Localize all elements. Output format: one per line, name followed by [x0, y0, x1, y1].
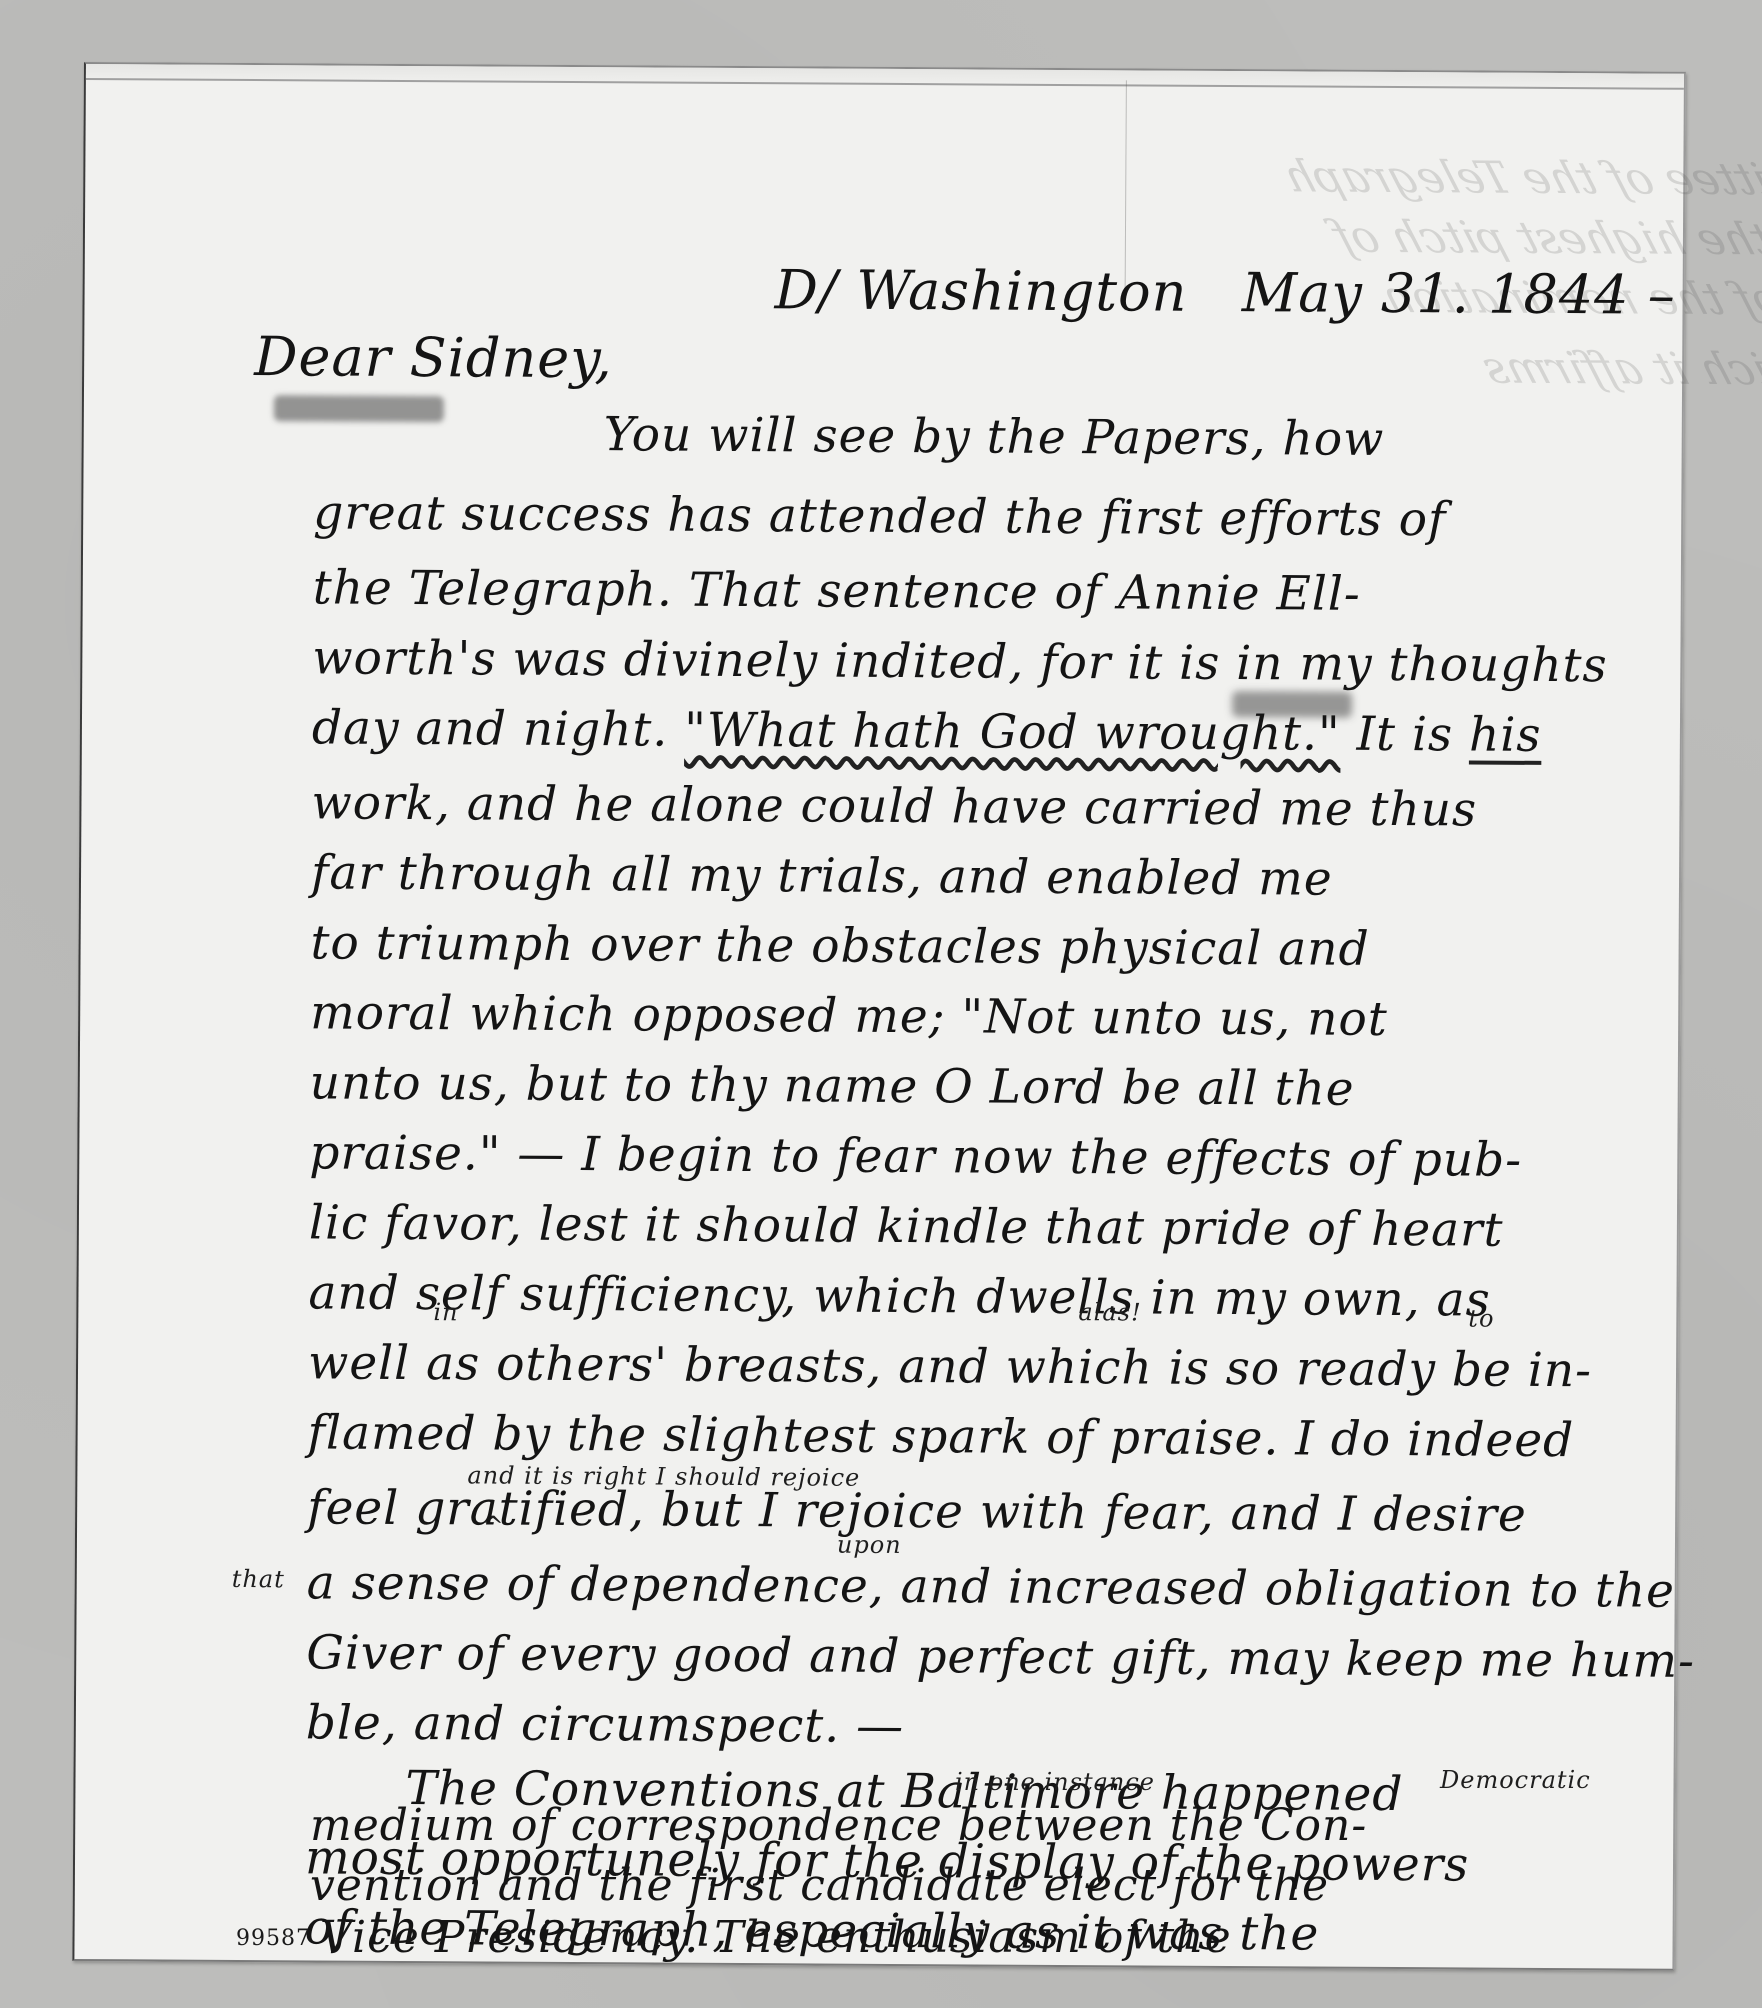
letter-page: present before the committee of the Tele…: [72, 62, 1686, 1971]
letter-line: day and night. "What hath God wrought." …: [312, 700, 1542, 763]
letter-line: far through all my trials, and enabled m…: [311, 845, 1333, 906]
letter-line: vention and the first candidate elect fo…: [310, 1860, 1329, 1911]
letter-line: work, and he alone could have carried me…: [311, 775, 1477, 837]
archive-stamp-number: 99587: [236, 1926, 311, 1951]
emphasis-his: his: [1469, 707, 1542, 762]
letter-line: medium of correspondence between the Con…: [310, 1800, 1367, 1851]
letter-line: ble, and circumspect. —: [306, 1695, 905, 1754]
letter-line: great success has attended the first eff…: [313, 485, 1446, 547]
letter-line: feel gratified, but I rejoice with fear,…: [307, 1480, 1527, 1542]
insertion-that: that: [232, 1565, 285, 1593]
letter-line: flamed by the slightest spark of praise.…: [307, 1405, 1574, 1468]
letter-line: to triumph over the obstacles physical a…: [310, 915, 1369, 976]
insertion-in-one-instance: in one instance: [955, 1768, 1155, 1796]
quotation-what-hath-god-wrought: "What hath God wrought.": [684, 703, 1341, 762]
insertion-in: in: [433, 1298, 458, 1326]
letter-line: moral which opposed me; "Not unto us, no…: [310, 985, 1388, 1047]
insertion-upon: upon: [837, 1531, 902, 1559]
dateline: D/ Washington May 31. 1844 –: [774, 258, 1675, 327]
letter-line: praise." — I begin to fear now the effec…: [309, 1125, 1522, 1187]
dateline-prefix: D/: [774, 258, 838, 321]
salutation: Dear Sidney,: [254, 325, 613, 390]
letter-line: a sense of dependence, and increased obl…: [307, 1555, 1676, 1618]
insertion-to: to: [1468, 1304, 1494, 1332]
letter-line: lic favor, lest it should kindle that pr…: [309, 1195, 1504, 1257]
letter-line: You will see by the Papers, how: [604, 407, 1385, 467]
letter-line: Vice Presidency. The enthusiasm of the: [320, 1912, 1232, 1963]
dateline-place: Washington: [856, 259, 1187, 324]
letter-line: unto us, but to thy name O Lord be all t…: [310, 1055, 1355, 1116]
letter-line: worth's was divinely indited, for it is …: [312, 630, 1608, 693]
ink-blot: [274, 395, 444, 422]
letter-line: and self sufficiency, which dwells in my…: [308, 1265, 1491, 1327]
insertion-alas: alas!: [1078, 1298, 1141, 1326]
dateline-date: May 31. 1844 –: [1242, 261, 1676, 327]
letter-line: the Telegraph. That sentence of Annie El…: [313, 560, 1361, 621]
insertion-democratic: Democratic: [1440, 1766, 1591, 1794]
letter-line: Giver of every good and perfect gift, ma…: [306, 1625, 1695, 1688]
letter-line: well as others' breasts, and which is so…: [308, 1335, 1592, 1398]
